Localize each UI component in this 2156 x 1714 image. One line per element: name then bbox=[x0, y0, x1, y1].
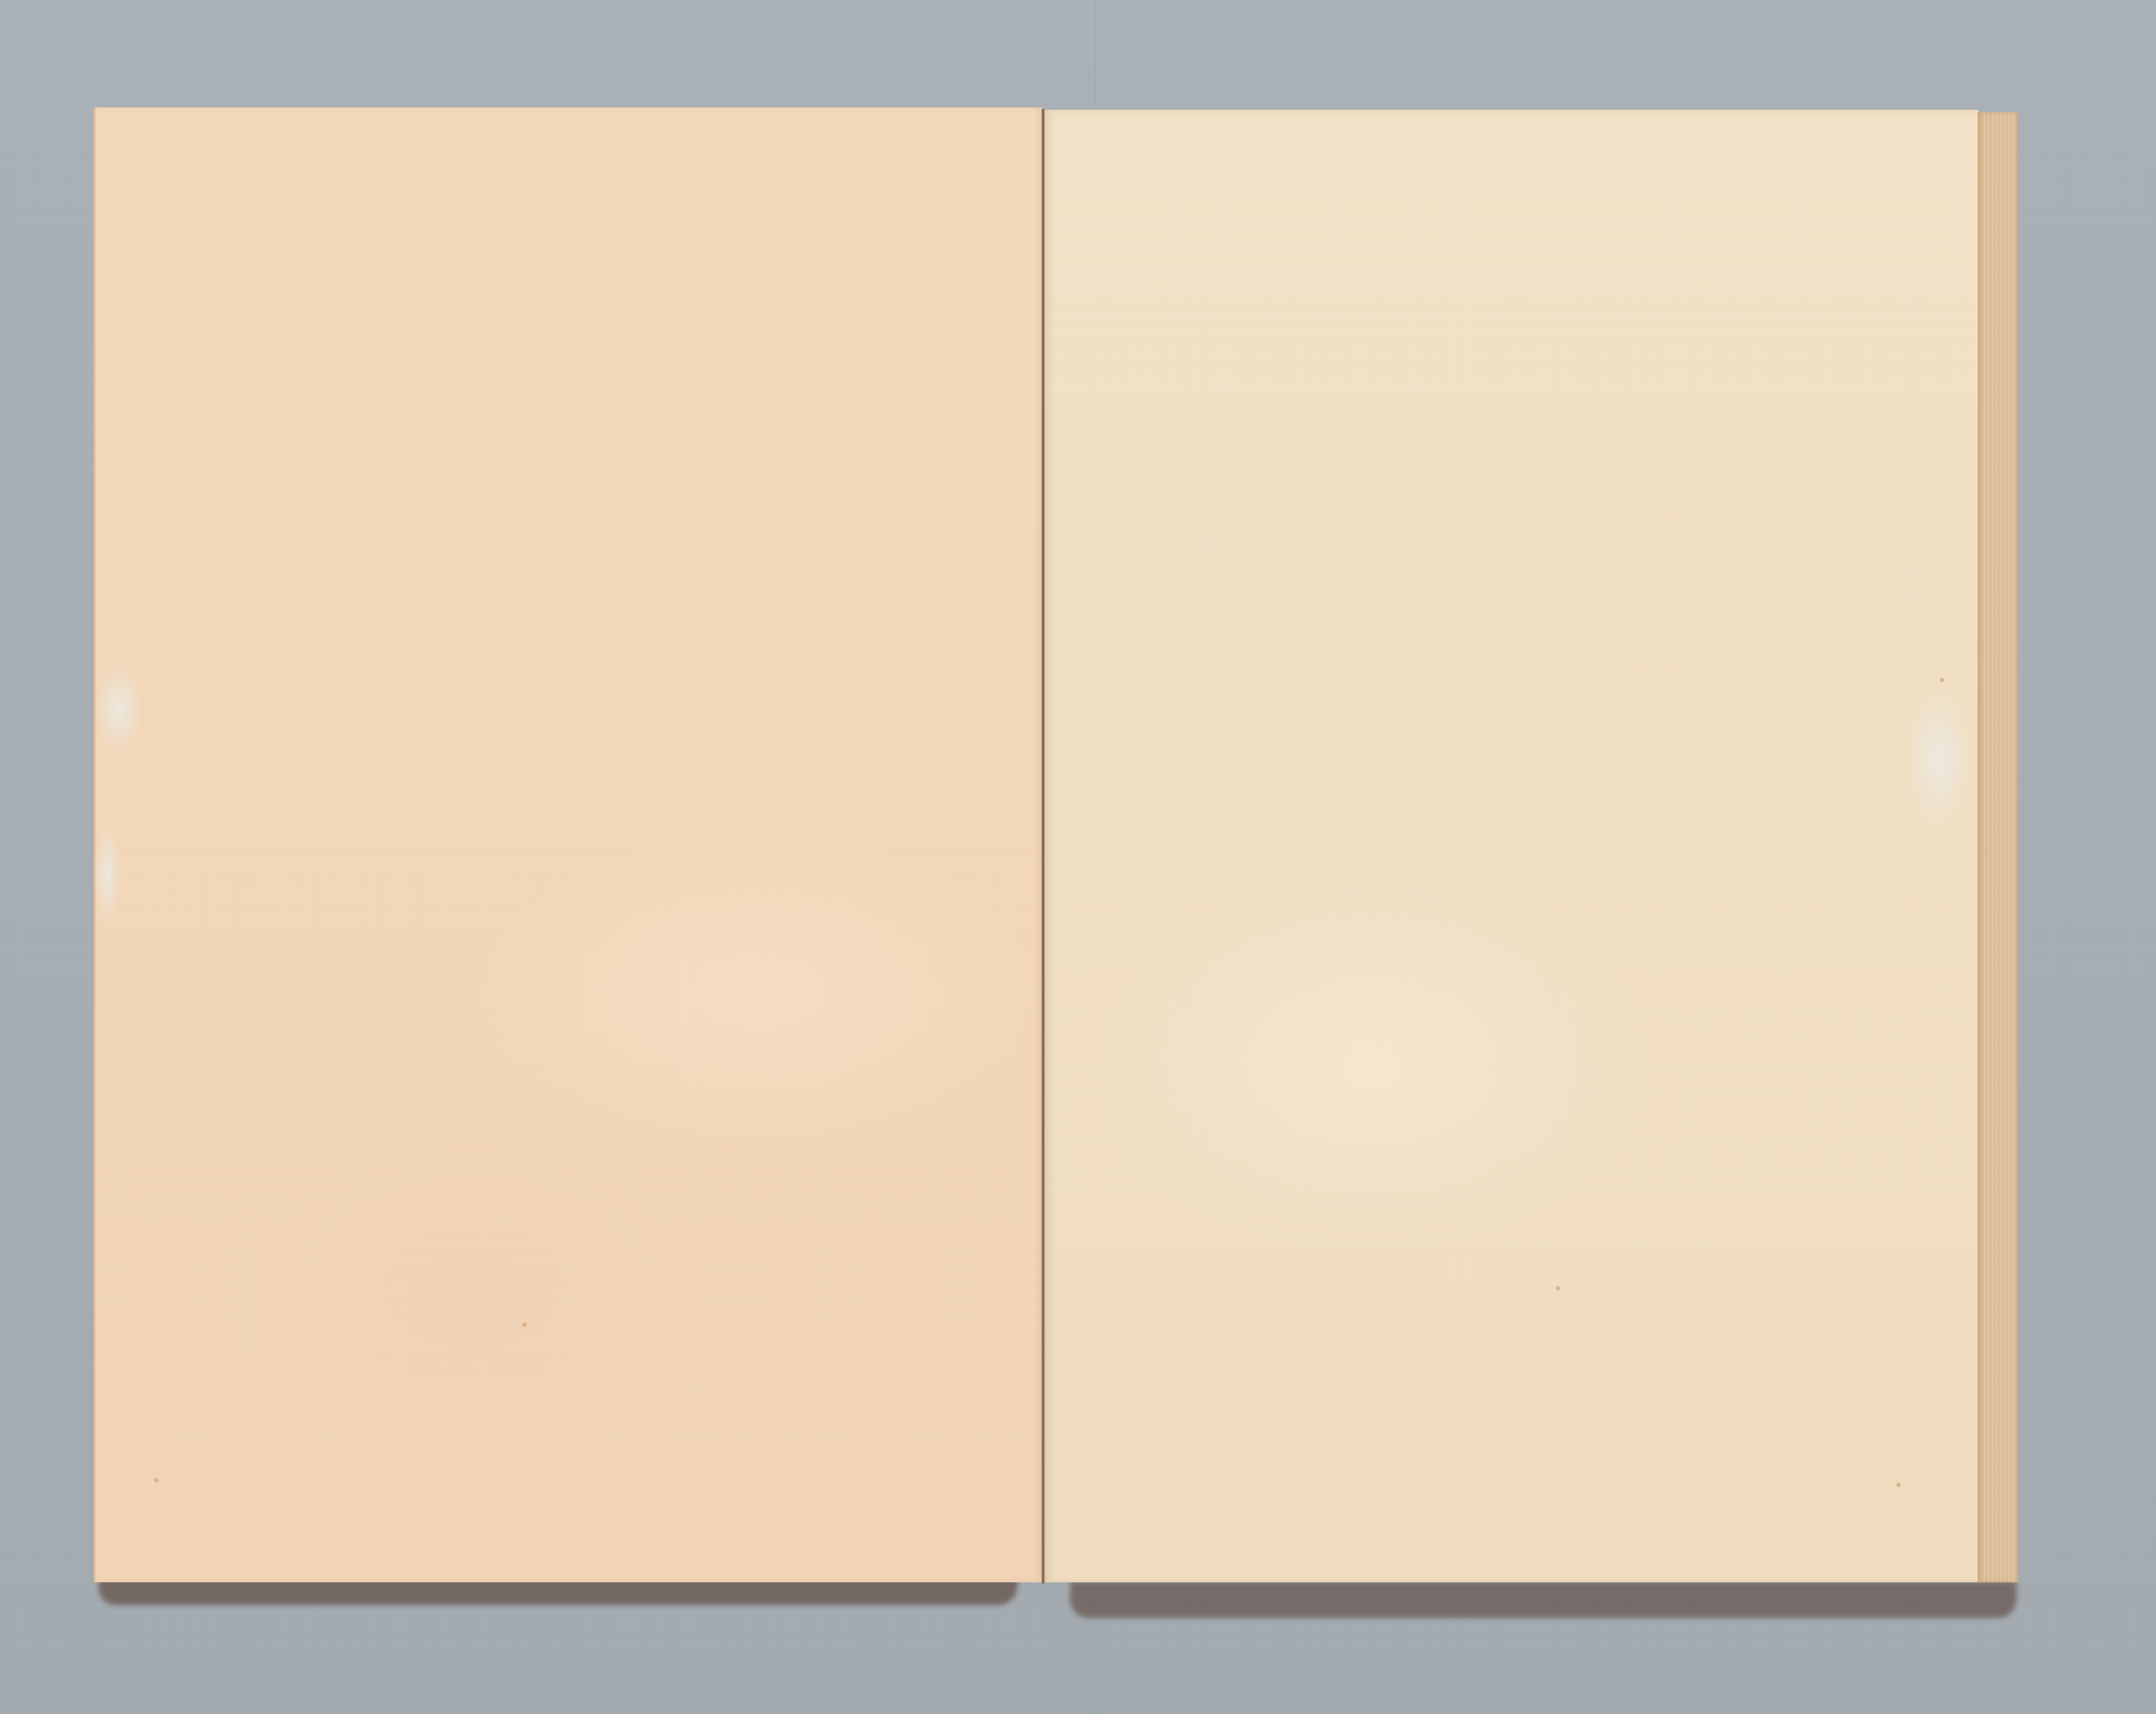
foxing-spot bbox=[521, 1322, 528, 1328]
edge-wear bbox=[94, 823, 121, 924]
edge-wear bbox=[94, 663, 144, 755]
page-edge-stack bbox=[1978, 112, 2018, 1582]
left-page bbox=[94, 107, 1043, 1582]
foxing-spot bbox=[1895, 1482, 1902, 1488]
edge-wear bbox=[1907, 686, 1971, 832]
foxing-spot bbox=[1939, 677, 1945, 683]
right-page bbox=[1043, 110, 1979, 1582]
photo-scene bbox=[0, 0, 2156, 1714]
foxing-spot bbox=[1555, 1285, 1561, 1291]
right-page-shadow bbox=[1070, 1581, 2017, 1618]
foxing-spot bbox=[153, 1477, 160, 1484]
book-gutter bbox=[1042, 109, 1044, 1584]
